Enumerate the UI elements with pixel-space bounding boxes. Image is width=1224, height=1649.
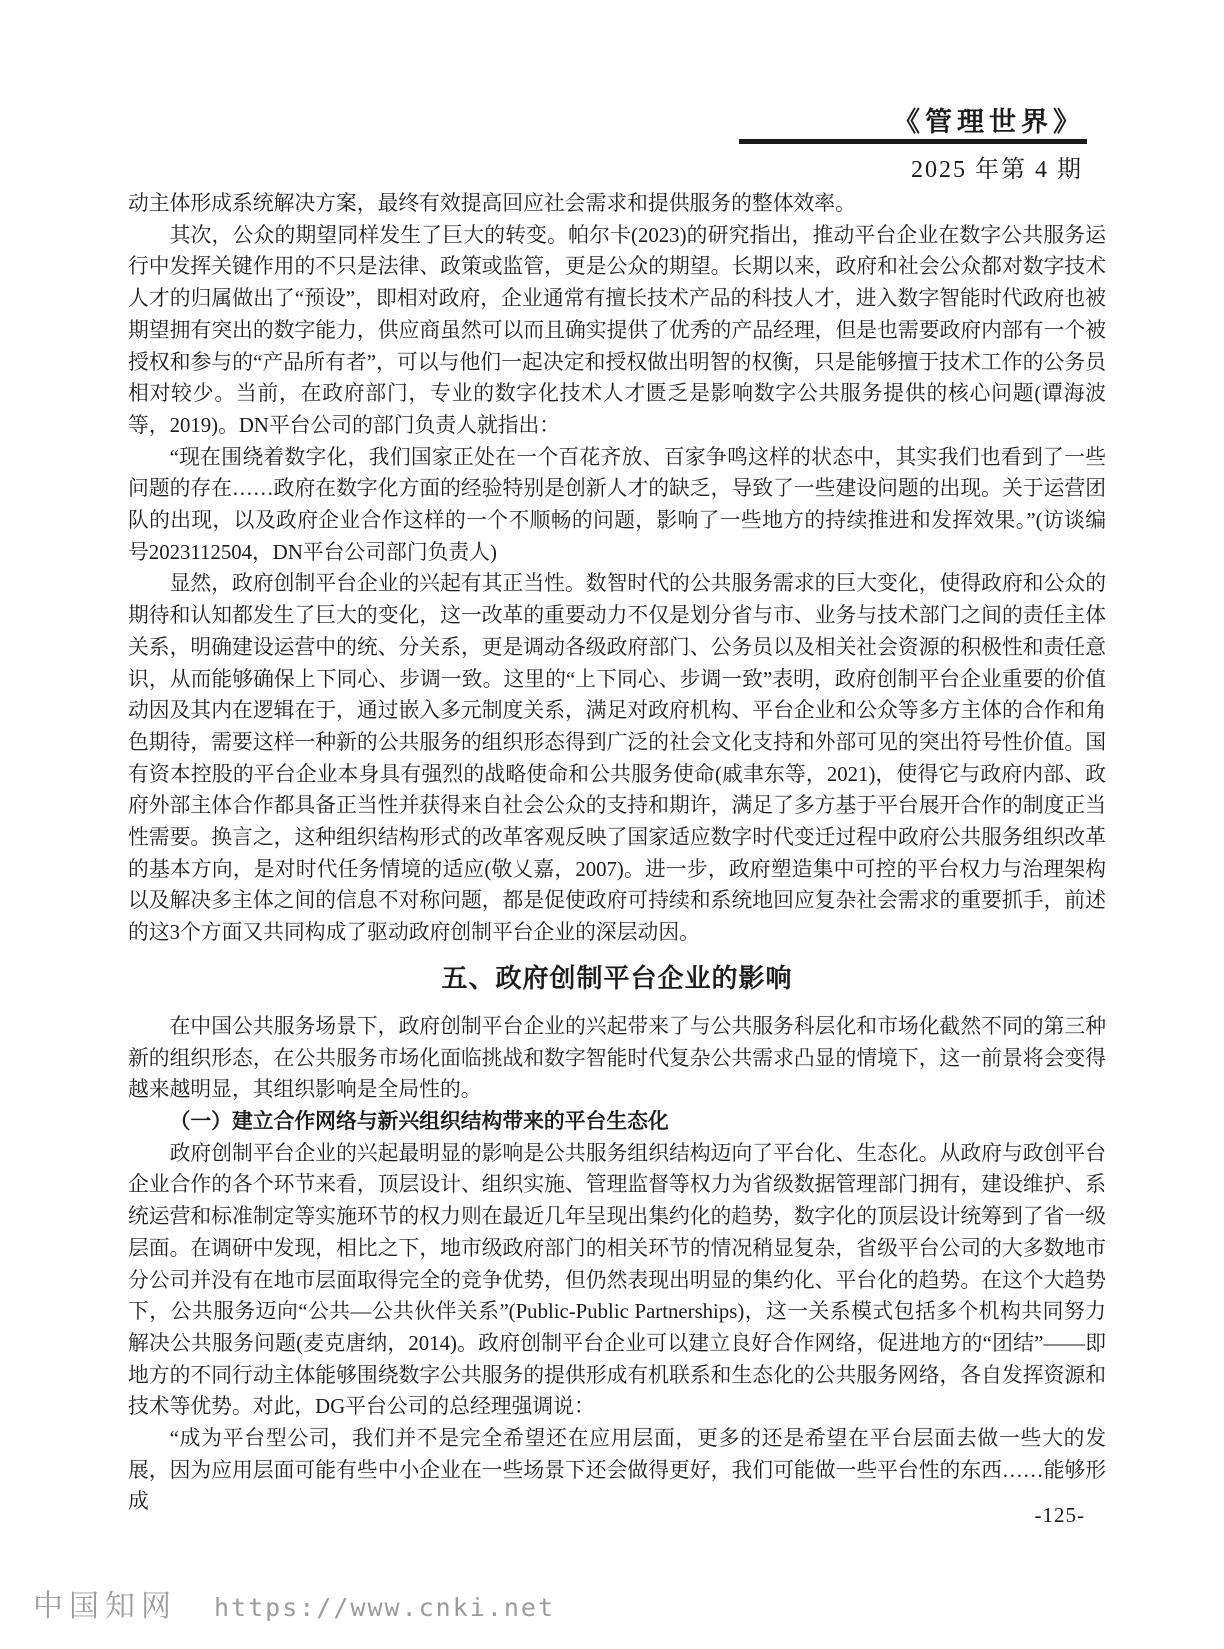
section-heading: 五、政府创制平台企业的影响: [128, 960, 1106, 996]
journal-page: 《管理世界》 2025 年第 4 期 动主体形成系统解决方案，最终有效提高回应社…: [0, 0, 1224, 1649]
cnki-watermark: 中国知网 https://www.cnki.net: [33, 1581, 555, 1625]
issue-label: 2025 年第 4 期: [911, 149, 1083, 184]
article-body: 动主体形成系统解决方案，最终有效提高回应社会需求和提供服务的整体效率。 其次，公…: [128, 188, 1106, 1518]
paragraph-public-expectation: 其次，公众的期望同样发生了巨大的转变。帕尔卡(2023)的研究指出，推动平台企业…: [128, 220, 1106, 442]
paragraph-legitimacy: 显然，政府创制平台企业的兴起有其正当性。数智时代的公共服务需求的巨大变化，使得政…: [128, 568, 1106, 948]
header-rule: [739, 139, 1087, 144]
paragraph-platform-ecology: 政府创制平台企业的兴起最明显的影响是公共服务组织结构迈向了平台化、生态化。从政府…: [128, 1138, 1106, 1423]
watermark-url: https://www.cnki.net: [214, 1593, 555, 1622]
paragraph-interview-quote-dn: “现在围绕着数字化，我们国家正处在一个百花齐放、百家争鸣这样的状态中，其实我们也…: [128, 442, 1106, 569]
watermark-site-name: 中国知网: [33, 1581, 177, 1625]
journal-title: 《管理世界》: [893, 100, 1085, 139]
paragraph-continuation: 动主体形成系统解决方案，最终有效提高回应社会需求和提供服务的整体效率。: [128, 188, 1106, 220]
paragraph-interview-quote-dg: “成为平台型公司，我们并不是完全希望还在应用层面，更多的还是希望在平台层面去做一…: [128, 1423, 1106, 1518]
page-number: -125-: [1035, 1503, 1086, 1528]
paragraph-third-organization-form: 在中国公共服务场景下，政府创制平台企业的兴起带来了与公共服务科层化和市场化截然不…: [128, 1011, 1106, 1106]
subsection-heading: （一）建立合作网络与新兴组织结构带来的平台生态化: [128, 1106, 1106, 1138]
